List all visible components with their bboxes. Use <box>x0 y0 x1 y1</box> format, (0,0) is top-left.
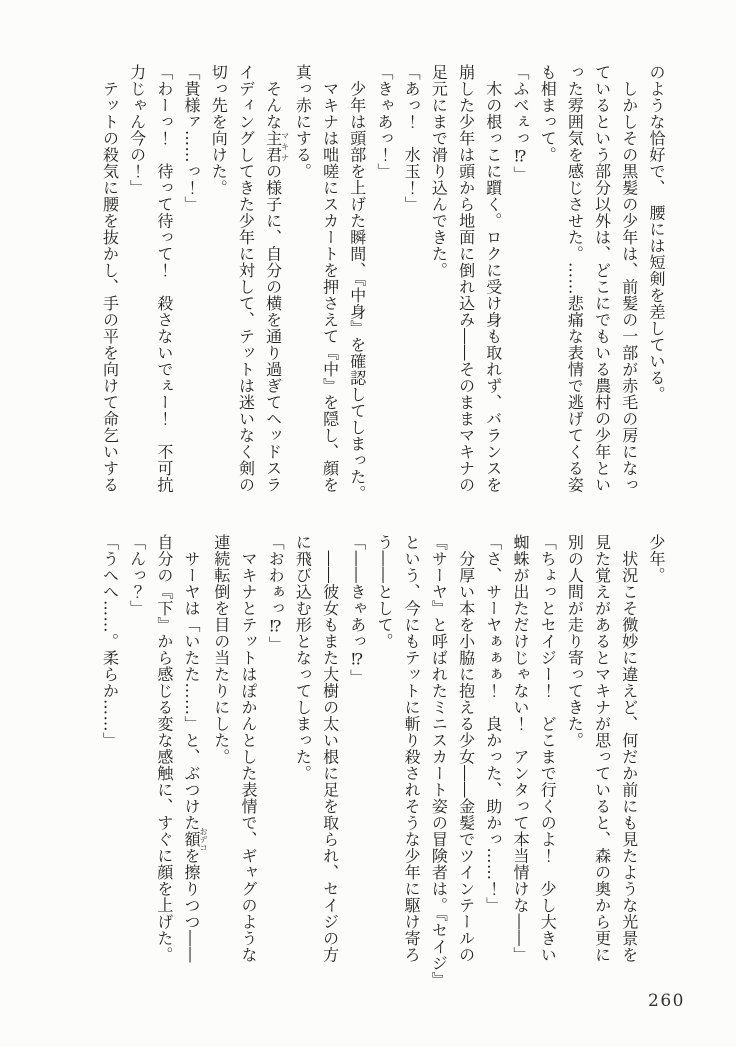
book-page: のような恰好で、 腰には短剣を差している。 しかしその黒髪の少年は、前髪の一部が… <box>0 0 736 1047</box>
text-column: も相まって。 <box>534 64 561 500</box>
text-column: 連続転倒を目の当たりにした。 <box>208 534 235 970</box>
text-column: という、今にもテットに斬り殺されそうな少年に駆け寄ろ <box>398 534 425 970</box>
text-block-bottom: 少年。 状況こそ微妙に違えど、何だか前にも見たような光景を 見た覚えがあるとマキ… <box>98 534 670 970</box>
text-column-with-ruby: そんな主君マキナの様子に、自分の横を通り過ぎてヘッドスラ <box>259 64 289 500</box>
text-column: マキナとテットはぽかんとした表情で、ギャグのような <box>235 534 262 970</box>
text-column: 「おわぁっ⁉」 <box>262 534 289 970</box>
text-column: 「あっ！ 水玉！」 <box>398 64 425 500</box>
text-column: 状況こそ微妙に違えど、何だか前にも見たような光景を <box>616 534 643 970</box>
text-column: う――として。 <box>371 534 398 970</box>
text-column: 「さ、サーヤぁぁぁ！ 良かった、助かっ……！」 <box>480 534 507 970</box>
text-column: に飛び込む形となってしまった。 <box>289 534 316 970</box>
text-column: 「貴様ァ……っ！」 <box>178 64 205 500</box>
text-column-with-ruby: サーヤは「いたた……」と、ぶつけた額おデコを擦りつつ―― <box>178 534 208 970</box>
text-column: マキナは咄嗟にスカートを押さえて『中』を隠し、顔を <box>316 64 343 500</box>
text-column: 「んっ？」 <box>123 534 150 970</box>
text-column: 足元にまで滑り込んできた。 <box>425 64 452 500</box>
text-column: 「わーっ！ 待って待って！ 殺さないでぇー！ 不可抗 <box>151 64 178 500</box>
text-column: 分厚い本を小脇に抱える少女――金髪でツインテールの <box>452 534 479 970</box>
text-column: った雰囲気を感じさせた。……悲痛な表情で逃げてくる姿 <box>561 64 588 500</box>
text-column: しかしその黒髪の少年は、前髪の一部が赤毛の房になっ <box>616 64 643 500</box>
text-column: 見た覚えがあるとマキナが思っていると、森の奥から更に <box>588 534 615 970</box>
text-column: 真っ赤にする。 <box>289 64 316 500</box>
text-column: 少年。 <box>643 534 670 970</box>
text-column: 切っ先を向けた。 <box>205 64 232 500</box>
text-column: 『サーヤ』と呼ばれたミニスカート姿の冒険者は。『セイジ』 <box>425 534 452 970</box>
text-column: 自分の『下』から感じる変な感触に、すぐに顔を上げた。 <box>151 534 178 970</box>
text-column: イディングしてきた少年に対して、テットは迷いなく剣の <box>232 64 259 500</box>
text-column: ――彼女もまた大樹の太い根に足を取られ、セイジの方 <box>316 534 343 970</box>
text-column: 「きゃあっ！」 <box>371 64 398 500</box>
text-column: のような恰好で、 腰には短剣を差している。 <box>643 64 670 500</box>
text-column: 力じゃん今の！」 <box>123 64 150 500</box>
text-column: 木の根っこに躓く。ロクに受け身も取れず、バランスを <box>480 64 507 500</box>
text-column: 「ちょっとセイジー！ どこまで行くのよ！ 少し大きい <box>534 534 561 970</box>
text-column: 蜘蛛が出ただけじゃない！ アンタって本当情けな――」 <box>507 534 534 970</box>
text-block-top: のような恰好で、 腰には短剣を差している。 しかしその黒髪の少年は、前髪の一部が… <box>98 64 670 500</box>
text-column: 「うへへ……。柔らか……」 <box>96 534 123 970</box>
text-column: ているという部分以外は、どこにでもいる農村の少年とい <box>588 64 615 500</box>
text-column: 別の人間が走り寄ってきた。 <box>561 534 588 970</box>
text-column: 「ふべぇっ⁉」 <box>507 64 534 500</box>
text-column: テットの殺気に腰を抜かし、手の平を向けて命乞いする <box>96 64 123 500</box>
text-column: 「――きゃあっ⁉」 <box>344 534 371 970</box>
text-column: 崩した少年は頭から地面に倒れ込み――そのままマキナの <box>452 64 479 500</box>
text-column: 少年は頭部を上げた瞬間、『中身』を確認してしまった。 <box>344 64 371 500</box>
page-number: 260 <box>648 991 685 1011</box>
